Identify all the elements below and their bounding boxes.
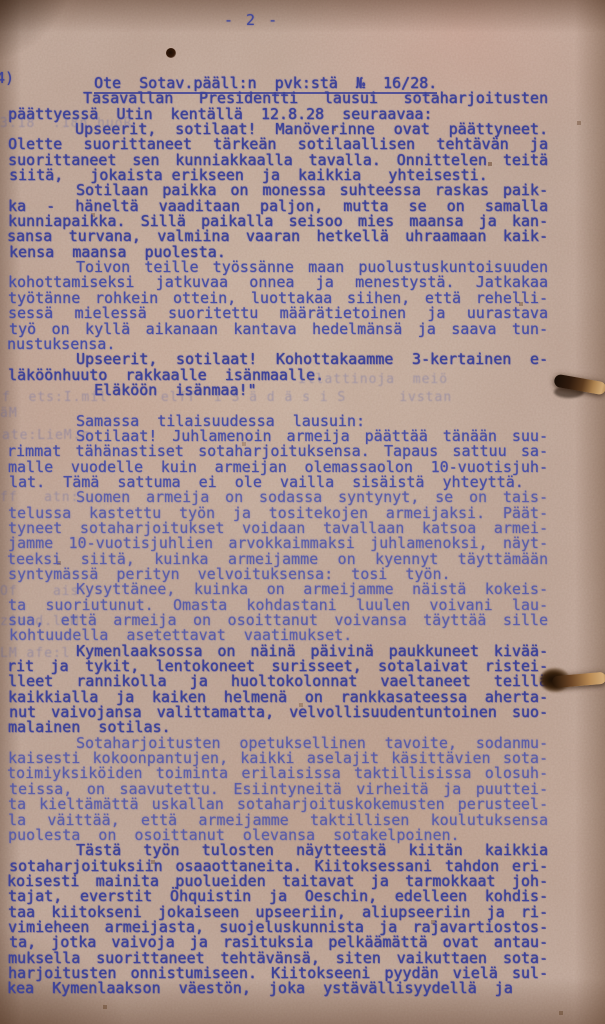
text-line: Eläköön isänmaa!" <box>8 383 548 398</box>
document-text: Ote Sotav.pääll:n pvk:stä № 16/28.Tasava… <box>8 76 548 997</box>
page-number: - 2 - <box>224 11 279 29</box>
text-line: läköönhuuto rakkaalle isänmaalle. <box>8 368 548 383</box>
ink-stain-dot <box>166 48 176 58</box>
text-line: kea Kymenlaakson väestön, joka ystävälli… <box>7 981 548 996</box>
document-photo: { "page": { "number_label": "- 2 -", "ma… <box>0 0 605 1024</box>
punch-hole-bottom <box>540 662 605 696</box>
punch-hole-top <box>552 372 605 404</box>
paper-speckles <box>0 0 2 2</box>
